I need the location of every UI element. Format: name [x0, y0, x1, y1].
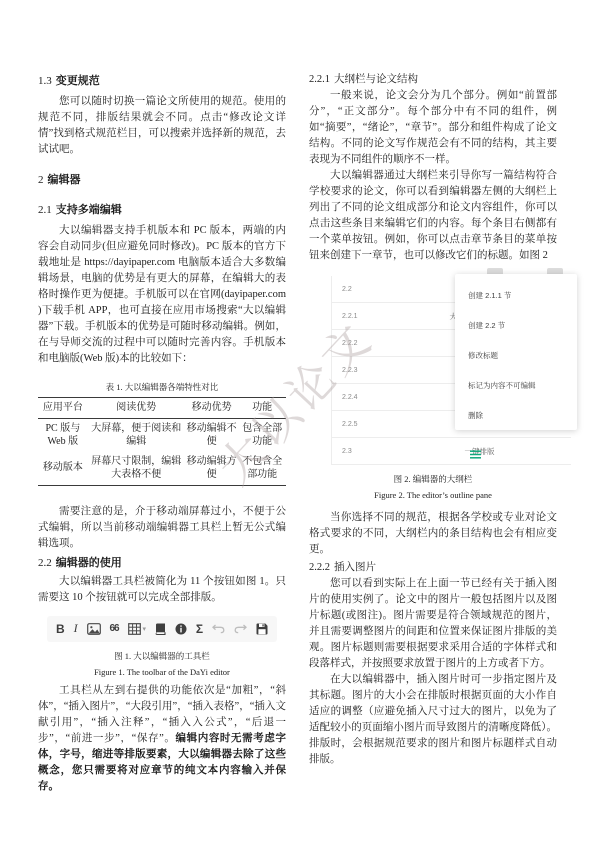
- right-column: 2.2.1大纲栏与论文结构 一般来说，论文会分为几个部分。例如“前置部分”，“正…: [309, 60, 557, 795]
- hamburger-menu-icon: [470, 446, 481, 464]
- heading-number: 1.3: [38, 75, 52, 87]
- paragraph: 需要注意的是，介于移动端屏幕过小，不便于公式编辑，所以当前移动端编辑器工具栏上暂…: [38, 504, 286, 552]
- heading-title: 编辑器的使用: [56, 557, 122, 569]
- save-icon: [256, 623, 268, 635]
- menu-item: 创建 2.1.1 节: [455, 280, 577, 310]
- figure1-caption-en: Figure 1. The toolbar of the DaYi editor: [38, 667, 286, 677]
- heading-title: 插入图片: [334, 562, 376, 573]
- menu-item: 修改标题: [455, 340, 577, 370]
- blockquote-icon: 66: [109, 623, 118, 634]
- undo-icon: [212, 623, 225, 634]
- figure2-caption-zh: 图 2. 编辑器的大纲栏: [309, 473, 557, 485]
- heading-number: 2.2: [38, 557, 52, 569]
- figure2-caption-en: Figure 2. The editor’s outline pane: [309, 490, 557, 500]
- table1-header-row: 应用平台 阅读优势 移动优势 功能: [38, 398, 286, 419]
- paragraph: 大以编辑器支持手机版本和 PC 版本，两端的内容会自动同步(但应避免同时修改)。…: [38, 223, 286, 367]
- table1-header-cell: 功能: [238, 398, 286, 419]
- context-menu-popup: 创建 2.1.1 节 创建 2.2 节 修改标题 标记为内容不可编辑 删除: [455, 274, 577, 430]
- insert-table-icon: ▾: [128, 623, 147, 635]
- outline-row: 2.3 一键排版: [332, 438, 571, 465]
- paragraph: 一般来说，论文会分为几个部分。例如“前置部分”，“正文部分”。每个部分中有不同的…: [309, 88, 557, 168]
- paragraph: 当你选择不同的规范，根据各学校或专业对论文格式要求的不同，大纲栏内的条目结构也会…: [309, 510, 557, 558]
- paragraph: 您可以随时切换一篇论文所使用的规范。使用的规范不同，排版结果就会不同。点击“修改…: [38, 94, 286, 158]
- bold-icon: B: [56, 622, 65, 636]
- paragraph: 工具栏从左到右提供的功能依次是“加粗”，“斜体”，“插入图片”，“大段引用”，“…: [38, 683, 286, 795]
- heading-number: 2.2.2: [309, 562, 330, 573]
- table-cell: 移动版本: [38, 452, 88, 486]
- outline-row-number: 2.2: [332, 286, 388, 293]
- menu-item: 创建 2.2 节: [455, 310, 577, 340]
- table1-header-cell: 移动优势: [185, 398, 239, 419]
- italic-icon: I: [74, 621, 78, 636]
- table1-header-cell: 应用平台: [38, 398, 88, 419]
- menu-item: 删除: [455, 400, 577, 430]
- heading-number: 2.1: [38, 204, 52, 216]
- heading-number: 2.2.1: [309, 74, 330, 85]
- left-column: 1.3变更规范 您可以随时切换一篇论文所使用的规范。使用的规范不同，排版结果就会…: [38, 60, 286, 795]
- table-cell: 屏幕尺寸限制，编辑大表格不便: [88, 452, 185, 486]
- heading-title: 大纲栏与论文结构: [334, 74, 418, 85]
- table-cell: 包含全部功能: [238, 418, 286, 452]
- two-column-layout: 1.3变更规范 您可以随时切换一篇论文所使用的规范。使用的规范不同，排版结果就会…: [38, 60, 557, 795]
- outline-row-number: 2.2.1: [332, 313, 388, 320]
- figure2: 2.2 编辑器的使用 2.2.1 大纲栏与论文结构 2.2.2 插入图片 2.2…: [331, 276, 571, 465]
- table1-header-cell: 阅读优势: [88, 398, 185, 419]
- heading-title: 编辑器: [48, 174, 81, 186]
- toolbar-screenshot: B I 66 ▾ Σ: [47, 616, 277, 642]
- heading-number: 2: [38, 174, 44, 186]
- heading-1-3: 1.3变更规范: [38, 72, 286, 90]
- formula-sigma-icon: Σ: [196, 622, 203, 636]
- outline-row-number: 2.2.3: [332, 367, 388, 374]
- insert-image-icon: [87, 623, 101, 635]
- document-page: 大以论文 1.3变更规范 您可以随时切换一篇论文所使用的规范。使用的规范不同，排…: [0, 0, 595, 842]
- menu-item: 标记为内容不可编辑: [455, 370, 577, 400]
- citation-book-icon: [155, 623, 166, 635]
- table-cell: 大屏幕，便于阅读和编辑: [88, 418, 185, 452]
- table-cell: PC 版与 Web 版: [38, 418, 88, 452]
- table-cell: 移动编辑不便: [185, 418, 239, 452]
- outline-row-number: 2.2.2: [332, 340, 388, 347]
- heading-2-1: 2.1支持多端编辑: [38, 201, 286, 219]
- paragraph: 大以编辑器工具栏被简化为 11 个按钮如图 1。只需要这 10 个按钮就可以完成…: [38, 574, 286, 606]
- heading-2: 2编辑器: [38, 171, 286, 189]
- figure1-caption-zh: 图 1. 大以编辑器的工具栏: [38, 650, 286, 662]
- redo-icon: [234, 623, 247, 634]
- chevron-down-icon: ▾: [143, 625, 147, 633]
- paragraph: 您可以看到实际上在上面一节已经有关于插入图片的使用实例了。论文中的图片一般包括图…: [309, 576, 557, 672]
- heading-2-2: 2.2编辑器的使用: [38, 554, 286, 572]
- outline-row-number: 2.2.5: [332, 421, 388, 428]
- table-cell: 移动编辑方便: [185, 452, 239, 486]
- heading-2-2-1: 2.2.1大纲栏与论文结构: [309, 72, 557, 88]
- table1: 应用平台 阅读优势 移动优势 功能 PC 版与 Web 版 大屏幕，便于阅读和编…: [38, 397, 286, 486]
- table-row: PC 版与 Web 版 大屏幕，便于阅读和编辑 移动编辑不便 包含全部功能: [38, 418, 286, 452]
- table-cell: 不包含全部功能: [238, 452, 286, 486]
- footnote-info-icon: [175, 623, 187, 635]
- table1-caption: 表 1. 大以编辑器各端特性对比: [38, 381, 286, 393]
- paragraph: 大以编辑器通过大纲栏来引导你写一篇结构符合学校要求的论文，你可以看到编辑器左侧的…: [309, 168, 557, 264]
- paragraph: 在大以编辑器中，插入图片时可一步指定图片及其标题。图片的大小会在排版时根据页面的…: [309, 672, 557, 768]
- heading-title: 变更规范: [56, 75, 100, 87]
- table-row: 移动版本 屏幕尺寸限制，编辑大表格不便 移动编辑方便 不包含全部功能: [38, 452, 286, 486]
- heading-title: 支持多端编辑: [56, 204, 122, 216]
- outline-row-number: 2.2.4: [332, 394, 388, 401]
- outline-row-number: 2.3: [332, 448, 388, 455]
- heading-2-2-2: 2.2.2插入图片: [309, 560, 557, 576]
- figure1: B I 66 ▾ Σ: [38, 616, 286, 677]
